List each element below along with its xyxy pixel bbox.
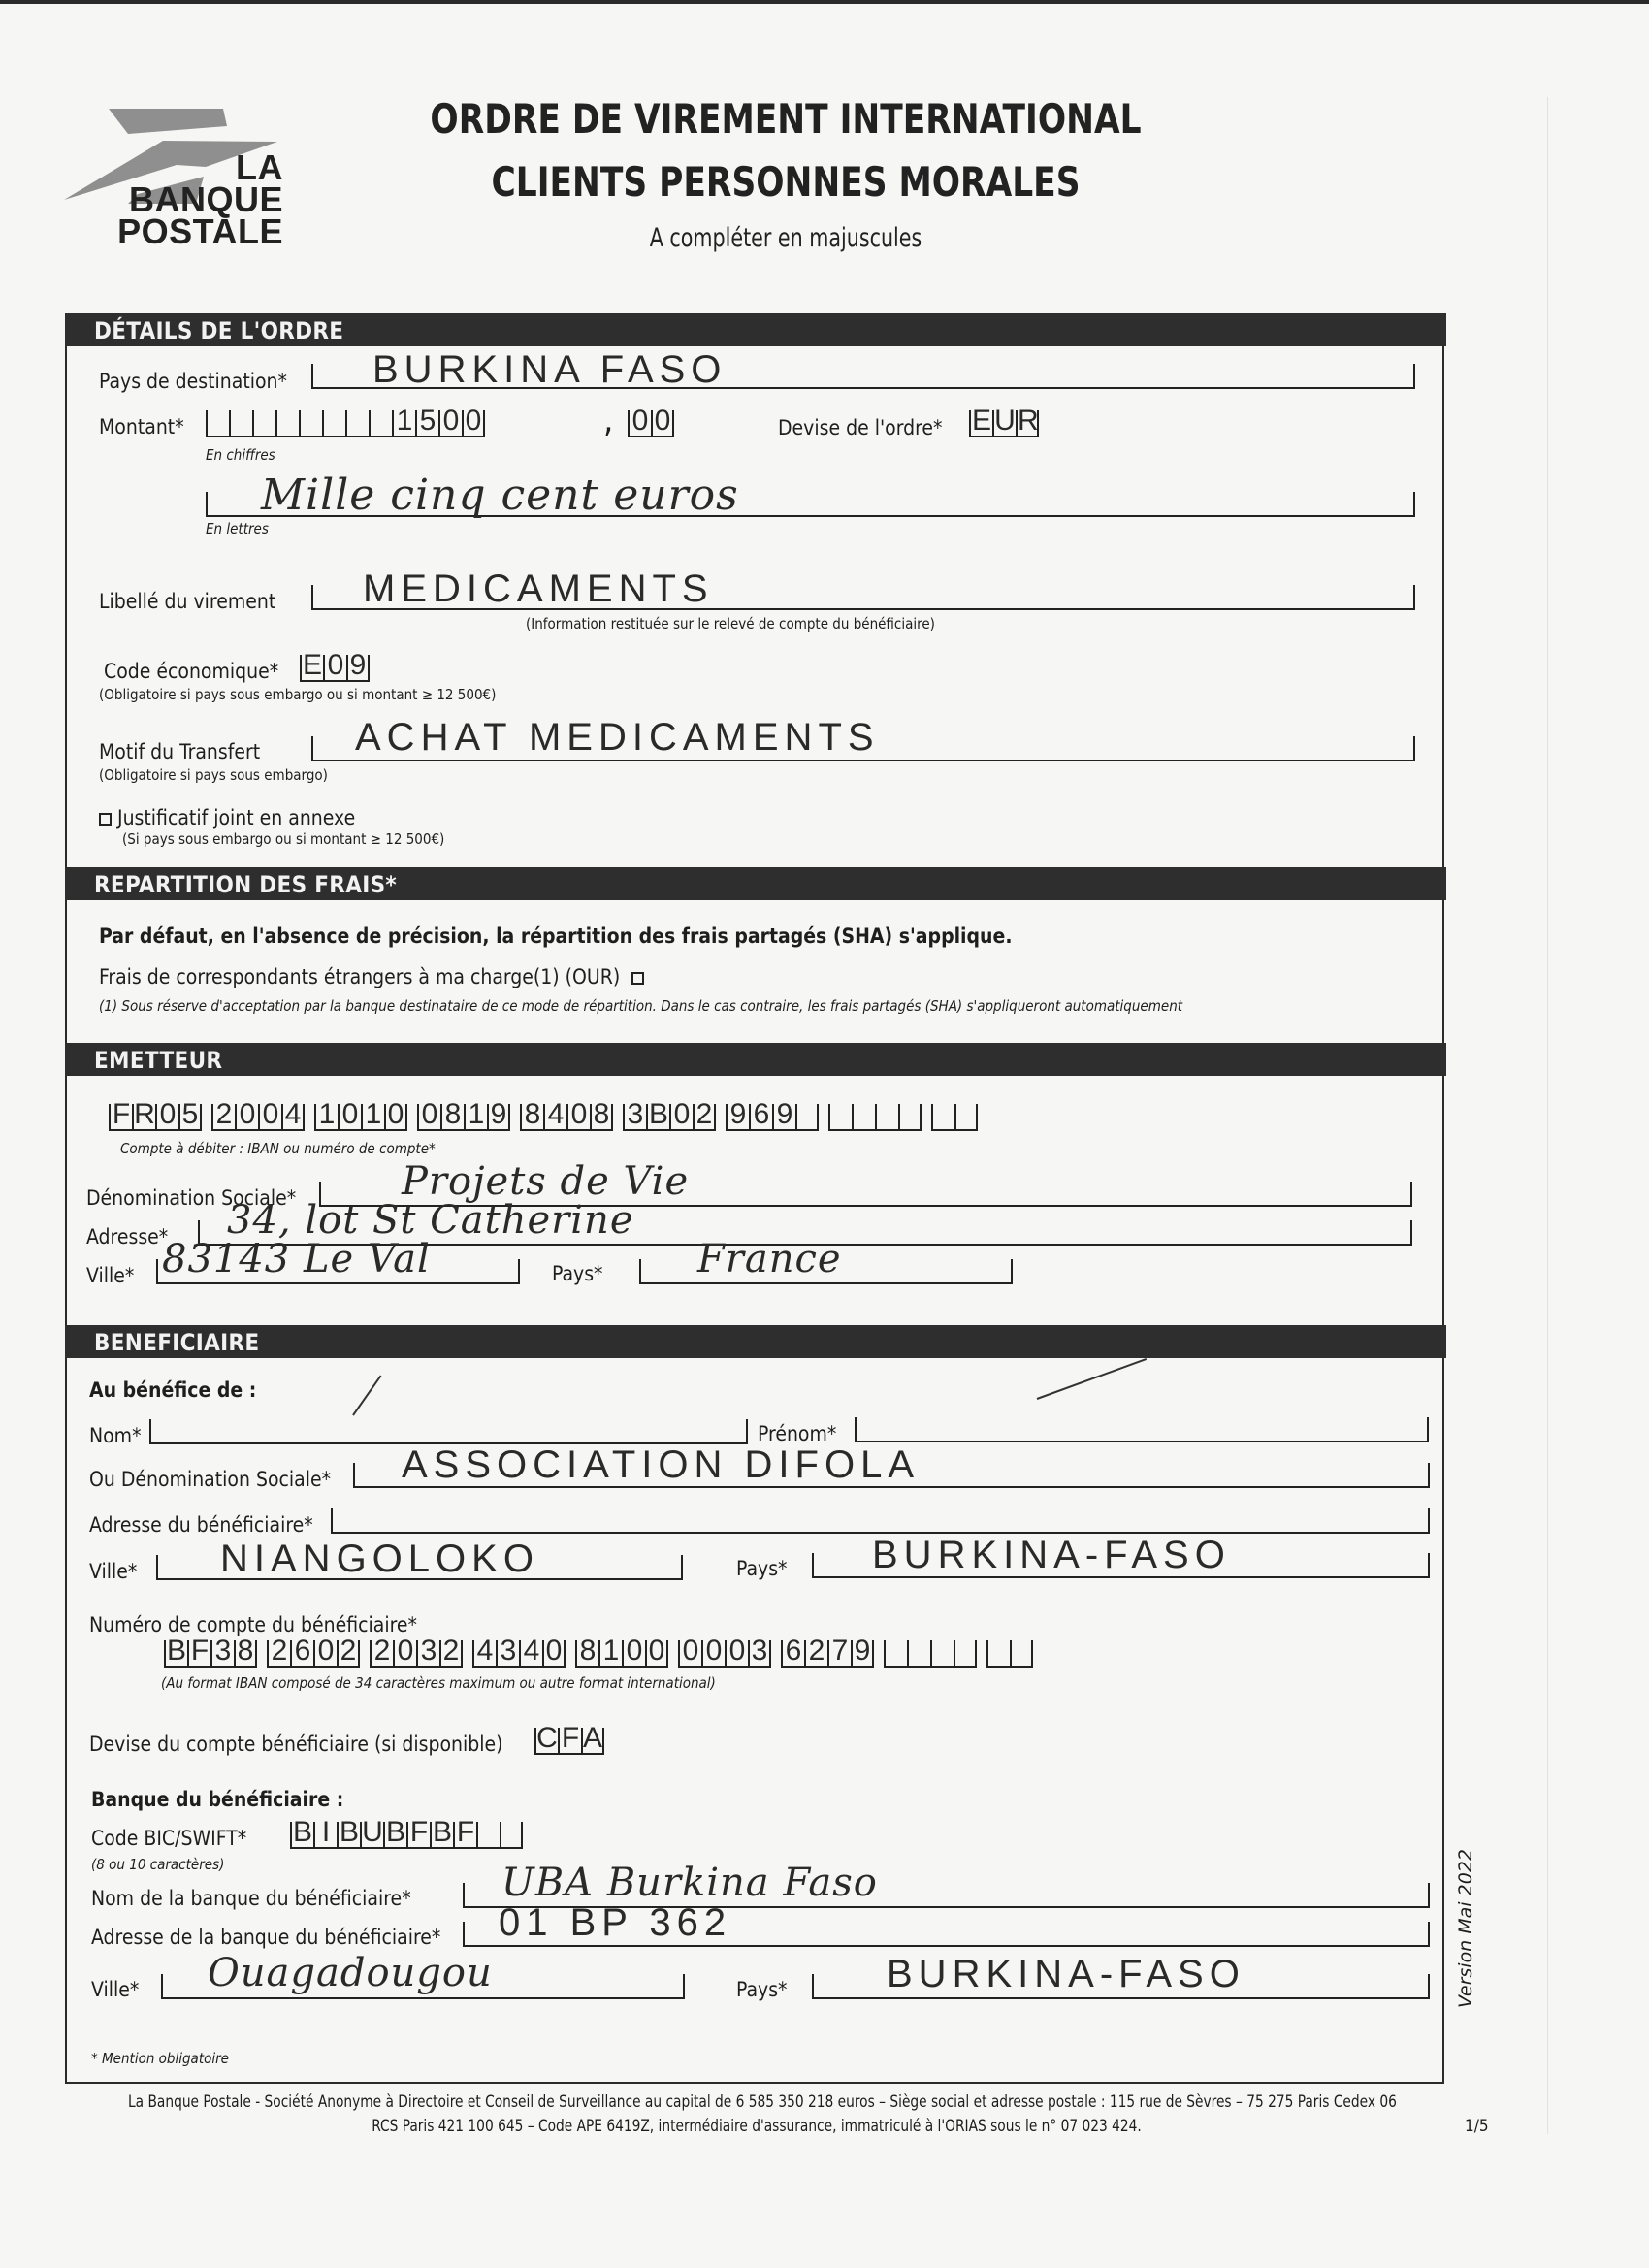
- beneficiary-first-name-label: Prénom*: [758, 1422, 836, 1445]
- transfer-reason-value: ACHAT MEDICAMENTS: [355, 716, 880, 760]
- comb-cell[interactable]: [476, 1822, 500, 1847]
- destination-country-label: Pays de destination*: [99, 370, 287, 393]
- comb-cell[interactable]: A: [581, 1728, 604, 1753]
- beneficiary-iban-hint: (Au format IBAN composé de 34 caractères…: [161, 1674, 716, 1692]
- comb-cell[interactable]: E: [969, 410, 992, 436]
- issuer-city-value: 83143 Le Val: [162, 1237, 431, 1281]
- iban-group[interactable]: [884, 1640, 977, 1668]
- comb-cell[interactable]: 9: [346, 655, 370, 680]
- comb-cell[interactable]: 3: [623, 1104, 646, 1129]
- strike-mark: [1037, 1358, 1147, 1400]
- iban-group[interactable]: 2602: [267, 1640, 360, 1668]
- comb-cell[interactable]: 2: [267, 1640, 290, 1666]
- iban-group[interactable]: 4340: [472, 1640, 566, 1668]
- decimal-comma: ,: [603, 416, 613, 426]
- comb-cell[interactable]: 1: [464, 1104, 487, 1129]
- beneficiary-last-name-label: Nom*: [89, 1424, 142, 1447]
- comb-cell[interactable]: [299, 410, 322, 436]
- iban-group[interactable]: 8408: [520, 1104, 613, 1131]
- comb-cell[interactable]: [252, 410, 275, 436]
- comb-cell[interactable]: 0: [313, 1640, 337, 1666]
- comb-cell[interactable]: [275, 410, 299, 436]
- comb-cell[interactable]: [931, 1104, 954, 1129]
- comb-cell[interactable]: E: [300, 655, 323, 680]
- page-number: 1/5: [1465, 2117, 1489, 2136]
- bank-name-label: Nom de la banque du bénéficiaire*: [91, 1887, 411, 1910]
- transfer-reason-hint: (Obligatoire si pays sous embargo): [99, 766, 328, 784]
- attachment-checkbox[interactable]: [99, 813, 112, 826]
- iban-group[interactable]: BF38: [164, 1640, 257, 1668]
- comb-cell[interactable]: [986, 1640, 1010, 1666]
- comb-cell[interactable]: U: [360, 1822, 383, 1847]
- currency-field[interactable]: EUR: [969, 410, 1049, 436]
- iban-group[interactable]: 2032: [370, 1640, 463, 1668]
- amount-digits-hint: En chiffres: [206, 446, 275, 464]
- comb-cell[interactable]: 8: [440, 1104, 464, 1129]
- bank-city-label: Ville*: [91, 1978, 139, 2001]
- logo-word-postale: POSTALE: [117, 215, 283, 247]
- comb-cell[interactable]: [795, 1104, 819, 1129]
- comb-cell[interactable]: 0: [678, 1640, 701, 1666]
- comb-cell[interactable]: 0: [393, 1640, 416, 1666]
- amount-decimals-field[interactable]: 00: [628, 410, 684, 436]
- attachment-hint: (Si pays sous embargo ou si montant ≥ 12…: [122, 830, 444, 848]
- beneficiary-bank-title: Banque du bénéficiaire :: [91, 1788, 343, 1811]
- bank-country-label: Pays*: [736, 1978, 788, 2001]
- comb-cell[interactable]: B: [164, 1640, 187, 1666]
- fees-footnote: (1) Sous réserve d'acceptation par la ba…: [99, 997, 1182, 1015]
- issuer-iban-field[interactable]: FR0520041010081984083B02969: [109, 1104, 987, 1129]
- bic-comb[interactable]: BIBUBFBF: [290, 1822, 523, 1849]
- comb-cell[interactable]: [884, 1640, 907, 1666]
- comb-cell[interactable]: F: [109, 1104, 132, 1129]
- comb-cell[interactable]: 8: [575, 1640, 598, 1666]
- comb-cell[interactable]: 0: [701, 1640, 725, 1666]
- iban-group[interactable]: 969: [726, 1104, 819, 1131]
- bic-label: Code BIC/SWIFT*: [91, 1827, 246, 1850]
- iban-group[interactable]: 1010: [314, 1104, 407, 1131]
- comb-cell[interactable]: [229, 410, 252, 436]
- amount-integer-comb[interactable]: 1500: [206, 410, 485, 437]
- comb-cell[interactable]: B: [430, 1822, 453, 1847]
- comb-cell[interactable]: 0: [725, 1640, 748, 1666]
- comb-cell[interactable]: R: [1016, 410, 1039, 436]
- comb-cell[interactable]: 5: [415, 410, 438, 436]
- comb-cell[interactable]: 9: [726, 1104, 749, 1129]
- account-currency-comb[interactable]: CFA: [534, 1728, 604, 1755]
- economic-code-label: Code économique*: [104, 660, 278, 683]
- comb-cell[interactable]: 2: [211, 1104, 235, 1129]
- comb-cell[interactable]: [322, 410, 345, 436]
- comb-cell[interactable]: 0: [258, 1104, 281, 1129]
- comb-cell[interactable]: F: [406, 1822, 430, 1847]
- comb-cell[interactable]: 0: [235, 1104, 258, 1129]
- amount-words-hint: En lettres: [206, 520, 269, 537]
- comb-cell[interactable]: 3: [210, 1640, 234, 1666]
- mandatory-note: * Mention obligatoire: [91, 2050, 229, 2067]
- page-title: ORDRE DE VIREMENT INTERNATIONAL: [404, 95, 1167, 143]
- comb-cell[interactable]: 6: [781, 1640, 804, 1666]
- comb-cell[interactable]: C: [534, 1728, 558, 1753]
- beneficiary-company-label: Ou Dénomination Sociale*: [89, 1468, 331, 1491]
- comb-cell[interactable]: 1: [392, 410, 415, 436]
- comb-cell[interactable]: B: [337, 1822, 360, 1847]
- comb-cell[interactable]: 2: [439, 1640, 463, 1666]
- section-beneficiary-header: BENEFICIAIRE: [65, 1325, 1446, 1358]
- comb-cell[interactable]: [930, 1640, 954, 1666]
- comb-cell[interactable]: [875, 1104, 898, 1129]
- beneficiary-account-currency-field[interactable]: CFA: [534, 1728, 614, 1753]
- comb-cell[interactable]: R: [132, 1104, 155, 1129]
- comb-cell[interactable]: 0: [669, 1104, 693, 1129]
- beneficiary-last-name-field[interactable]: [149, 1419, 748, 1444]
- comb-cell[interactable]: 0: [566, 1104, 590, 1129]
- comb-cell[interactable]: 2: [337, 1640, 360, 1666]
- comb-cell[interactable]: 0: [462, 410, 485, 436]
- transfer-reason-label: Motif du Transfert: [99, 740, 260, 763]
- comb-cell[interactable]: 5: [178, 1104, 202, 1129]
- iban-group[interactable]: 0003: [678, 1640, 771, 1668]
- iban-group[interactable]: [828, 1104, 921, 1131]
- logo-wordmark: LA BANQUE POSTALE: [117, 151, 283, 247]
- comb-cell[interactable]: 0: [622, 1640, 645, 1666]
- bank-address-label: Adresse de la banque du bénéficiaire*: [91, 1926, 440, 1949]
- comb-cell[interactable]: I: [313, 1822, 337, 1847]
- footer-legal-line1: La Banque Postale - Société Anonyme à Di…: [128, 2092, 1385, 2112]
- comb-cell[interactable]: U: [992, 410, 1016, 436]
- form-version: Version Mai 2022: [1455, 1849, 1476, 2008]
- amount-label: Montant*: [99, 415, 184, 438]
- attachment-label: Justificatif joint en annexe: [117, 806, 355, 829]
- comb-cell[interactable]: 9: [772, 1104, 795, 1129]
- iban-group[interactable]: [931, 1104, 978, 1131]
- amount-field[interactable]: 1500: [206, 410, 495, 436]
- comb-cell[interactable]: 7: [827, 1640, 851, 1666]
- comb-cell[interactable]: [954, 1104, 978, 1129]
- comb-cell[interactable]: 3: [416, 1640, 439, 1666]
- comb-cell[interactable]: 1: [361, 1104, 384, 1129]
- beneficiary-address-field[interactable]: [331, 1508, 1430, 1534]
- comb-cell[interactable]: 0: [542, 1640, 566, 1666]
- comb-cell[interactable]: [954, 1640, 977, 1666]
- comb-cell[interactable]: 3: [748, 1640, 771, 1666]
- comb-cell[interactable]: 4: [281, 1104, 305, 1129]
- comb-cell[interactable]: 6: [749, 1104, 772, 1129]
- beneficiary-iban-field[interactable]: BF38260220324340810000036279: [164, 1640, 1043, 1666]
- section-order-details-header: DÉTAILS DE L'ORDRE: [65, 313, 1446, 346]
- bic-hint: (8 ou 10 caractères): [91, 1856, 224, 1873]
- beneficiary-company-value: ASSOCIATION DIFOLA: [402, 1443, 920, 1487]
- fees-our-checkbox[interactable]: [631, 972, 644, 985]
- economic-code-field[interactable]: E09: [300, 655, 379, 680]
- beneficiary-account-label: Numéro de compte du bénéficiaire*: [89, 1613, 417, 1636]
- comb-cell[interactable]: [369, 410, 392, 436]
- amount-words-value: Mille cinq cent euros: [261, 470, 739, 520]
- comb-cell[interactable]: 8: [234, 1640, 257, 1666]
- beneficiary-for-label: Au bénéfice de :: [89, 1378, 256, 1402]
- comb-cell[interactable]: 8: [590, 1104, 613, 1129]
- comb-cell[interactable]: 0: [155, 1104, 178, 1129]
- iban-group[interactable]: FR05: [109, 1104, 202, 1131]
- comb-cell[interactable]: 2: [693, 1104, 716, 1129]
- comb-cell[interactable]: [852, 1104, 875, 1129]
- amount-decimal-comb[interactable]: 00: [628, 410, 674, 437]
- transfer-form: DÉTAILS DE L'ORDRE Pays de destination* …: [65, 313, 1444, 2084]
- section-issuer-header: EMETTEUR: [65, 1043, 1446, 1076]
- comb-cell[interactable]: 0: [628, 410, 651, 436]
- comb-cell[interactable]: 3: [496, 1640, 519, 1666]
- comb-cell[interactable]: 0: [651, 410, 674, 436]
- comb-cell[interactable]: 9: [851, 1640, 874, 1666]
- bic-field[interactable]: BIBUBFBF: [290, 1822, 533, 1847]
- comb-cell[interactable]: 1: [314, 1104, 338, 1129]
- comb-cell[interactable]: [345, 410, 369, 436]
- comb-cell[interactable]: [206, 410, 229, 436]
- bank-name-value: UBA Burkina Faso: [501, 1861, 878, 1905]
- issuer-city-label: Ville*: [86, 1264, 134, 1287]
- comb-cell[interactable]: 2: [370, 1640, 393, 1666]
- attachment-option[interactable]: Justificatif joint en annexe: [99, 806, 355, 829]
- iban-group[interactable]: 2004: [211, 1104, 305, 1131]
- comb-cell[interactable]: 8: [520, 1104, 543, 1129]
- comb-cell[interactable]: F: [453, 1822, 476, 1847]
- comb-cell[interactable]: [828, 1104, 852, 1129]
- iban-group[interactable]: 0819: [417, 1104, 510, 1131]
- fees-default-note: Par défaut, en l'absence de précision, l…: [99, 924, 1013, 948]
- beneficiary-city-value: NIANGOLOKO: [220, 1538, 539, 1581]
- comb-cell[interactable]: [898, 1104, 921, 1129]
- economic-code-comb[interactable]: E09: [300, 655, 370, 682]
- currency-label: Devise de l'ordre*: [778, 416, 942, 439]
- transfer-label-value: MEDICAMENTS: [363, 567, 714, 611]
- page-subtitle: A compléter en majuscules: [555, 223, 1017, 253]
- comb-cell[interactable]: B: [646, 1104, 669, 1129]
- transfer-label-label: Libellé du virement: [99, 590, 275, 613]
- issuer-address-label: Adresse*: [86, 1225, 168, 1248]
- page-title-line2: CLIENTS PERSONNES MORALES: [404, 158, 1167, 206]
- bank-address-value: 01 BP 362: [499, 1901, 731, 1945]
- comb-cell[interactable]: 4: [519, 1640, 542, 1666]
- comb-cell[interactable]: F: [187, 1640, 210, 1666]
- comb-cell[interactable]: 2: [804, 1640, 827, 1666]
- fees-our-option[interactable]: Frais de correspondants étrangers à ma c…: [99, 965, 644, 988]
- comb-cell[interactable]: 0: [438, 410, 462, 436]
- economic-code-hint: (Obligatoire si pays sous embargo ou si …: [99, 686, 496, 703]
- comb-cell[interactable]: B: [383, 1822, 406, 1847]
- iban-group[interactable]: 8100: [575, 1640, 668, 1668]
- comb-cell[interactable]: 0: [417, 1104, 440, 1129]
- section-fees-header: REPARTITION DES FRAIS*: [65, 867, 1446, 900]
- iban-group[interactable]: 6279: [781, 1640, 874, 1668]
- comb-cell[interactable]: 0: [645, 1640, 668, 1666]
- beneficiary-city-label: Ville*: [89, 1560, 137, 1583]
- beneficiary-address-label: Adresse du bénéficiaire*: [89, 1513, 313, 1537]
- comb-cell[interactable]: F: [558, 1728, 581, 1753]
- comb-cell[interactable]: [907, 1640, 930, 1666]
- strike-mark: [352, 1375, 381, 1415]
- issuer-country-label: Pays*: [552, 1262, 603, 1285]
- bank-country-value: BURKINA-FASO: [887, 1953, 1245, 1996]
- comb-cell[interactable]: 4: [472, 1640, 496, 1666]
- comb-cell[interactable]: 9: [487, 1104, 510, 1129]
- comb-cell[interactable]: [500, 1822, 523, 1847]
- beneficiary-account-currency-label: Devise du compte bénéficiaire (si dispon…: [89, 1733, 503, 1756]
- comb-cell[interactable]: 6: [290, 1640, 313, 1666]
- destination-country-value: BURKINA FASO: [372, 348, 727, 392]
- beneficiary-country-value: BURKINA-FASO: [872, 1534, 1231, 1577]
- comb-cell[interactable]: 1: [598, 1640, 622, 1666]
- bank-city-value: Ouagadougou: [208, 1951, 493, 1995]
- comb-cell[interactable]: 0: [323, 655, 346, 680]
- scan-edge: [0, 0, 1649, 4]
- issuer-country-value: France: [697, 1237, 842, 1281]
- fees-our-label: Frais de correspondants étrangers à ma c…: [99, 965, 620, 988]
- comb-cell[interactable]: B: [290, 1822, 313, 1847]
- comb-cell[interactable]: 4: [543, 1104, 566, 1129]
- transfer-label-hint: (Information restituée sur le relevé de …: [526, 615, 935, 632]
- footer-legal-line2: RCS Paris 421 100 645 – Code APE 6419Z, …: [128, 2117, 1385, 2136]
- issuer-iban-hint: Compte à débiter : IBAN ou numéro de com…: [120, 1140, 436, 1157]
- comb-cell[interactable]: 0: [384, 1104, 407, 1129]
- comb-cell[interactable]: [1010, 1640, 1033, 1666]
- beneficiary-country-label: Pays*: [736, 1557, 788, 1580]
- currency-comb[interactable]: EUR: [969, 410, 1039, 437]
- iban-group[interactable]: [986, 1640, 1033, 1668]
- la-banque-postale-logo: LA BANQUE POSTALE: [60, 97, 283, 252]
- bleed-through: [1547, 97, 1548, 2134]
- comb-cell[interactable]: 0: [338, 1104, 361, 1129]
- beneficiary-first-name-field[interactable]: [855, 1417, 1429, 1442]
- iban-group[interactable]: 3B02: [623, 1104, 716, 1131]
